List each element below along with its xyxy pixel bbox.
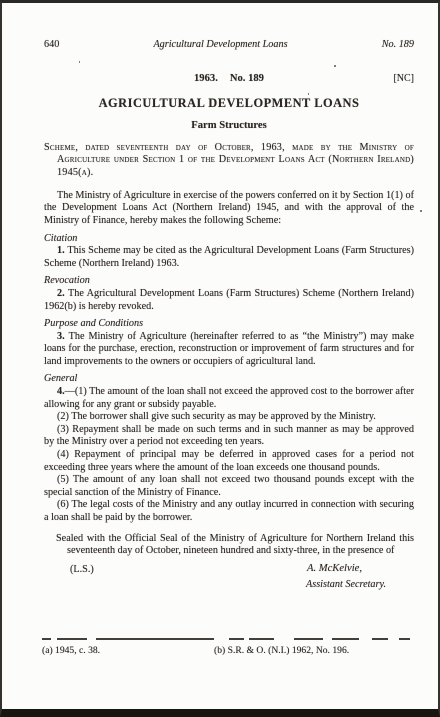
scan-speck bbox=[420, 210, 422, 212]
seal-locus-mark: (L.S.) bbox=[70, 564, 94, 577]
footnote-b: (b) S.R. & O. (N.I.) 1962, No. 196. bbox=[214, 645, 416, 658]
section-heading-purpose: Purpose and Conditions bbox=[44, 318, 414, 331]
section-heading-citation: Citation bbox=[44, 233, 414, 246]
paragraph-text: (3) Repayment shall be made on such term… bbox=[44, 424, 414, 448]
paragraph-4-3: (3) Repayment shall be made on such term… bbox=[44, 424, 414, 449]
running-title: Agricultural Development Loans bbox=[153, 39, 287, 52]
paragraph-text: The Ministry of Agriculture (hereinafter… bbox=[44, 331, 414, 367]
paragraph-text: (2) The borrower shall give such securit… bbox=[57, 411, 376, 422]
footnote-separator-rule bbox=[42, 637, 416, 640]
signatory-title: Assistant Secretary. bbox=[44, 579, 414, 592]
footnote-a: (a) 1945, c. 38. bbox=[42, 645, 214, 658]
footnote-area: (a) 1945, c. 38. (b) S.R. & O. (N.I.) 19… bbox=[42, 637, 416, 658]
enacting-paragraph: The Ministry of Agriculture in exercise … bbox=[44, 190, 414, 228]
document-title: AGRICULTURAL DEVELOPMENT LOANS bbox=[44, 96, 414, 111]
paragraph-number: 3. bbox=[57, 331, 69, 342]
scheme-caption: Scheme, dated seventeenth day of October… bbox=[44, 142, 414, 180]
paragraph-text: The Agricultural Development Loans (Farm… bbox=[44, 288, 414, 312]
running-header: 640 Agricultural Development Loans No. 1… bbox=[44, 39, 414, 52]
paragraph-number: 1. bbox=[57, 245, 67, 256]
scan-speck bbox=[79, 61, 80, 63]
paragraph-4-6: (6) The legal costs of the Ministry and … bbox=[44, 499, 414, 524]
paragraph-number: 4. bbox=[57, 386, 65, 397]
paragraph-text: (5) The amount of any loan shall not exc… bbox=[44, 474, 414, 498]
issue-number: No. 189 bbox=[382, 39, 414, 52]
document-page: 640 Agricultural Development Loans No. 1… bbox=[0, 0, 440, 717]
paragraph-2: 2. The Agricultural Development Loans (F… bbox=[44, 288, 414, 313]
signature-block: (L.S.) A. McKelvie, Assistant Secretary. bbox=[44, 563, 414, 592]
signatory-name: A. McKelvie, bbox=[44, 563, 414, 576]
paragraph-4-5: (5) The amount of any loan shall not exc… bbox=[44, 474, 414, 499]
scan-speck bbox=[308, 93, 309, 95]
instrument-number: No. 189 bbox=[230, 73, 264, 84]
year-number-line: 1963.No. 189 [NC] bbox=[44, 73, 414, 86]
corner-mark: [NC] bbox=[393, 73, 414, 86]
page-number: 640 bbox=[44, 39, 59, 52]
document-subtitle: Farm Structures bbox=[44, 120, 414, 133]
paragraph-text: This Scheme may be cited as the Agricult… bbox=[44, 245, 414, 269]
paragraph-text: (4) Repayment of principal may be deferr… bbox=[44, 449, 414, 473]
paragraph-3: 3. The Ministry of Agriculture (hereinaf… bbox=[44, 331, 414, 369]
paragraph-number: 2. bbox=[57, 288, 68, 299]
paragraph-1: 1. This Scheme may be cited as the Agric… bbox=[44, 245, 414, 270]
paragraph-text: —(1) The amount of the loan shall not ex… bbox=[44, 386, 414, 410]
year-label: 1963. bbox=[194, 73, 218, 84]
sealing-clause: Sealed with the Official Seal of the Min… bbox=[44, 533, 414, 558]
paragraph-4-1: 4.—(1) The amount of the loan shall not … bbox=[44, 386, 414, 411]
section-heading-revocation: Revocation bbox=[44, 275, 414, 288]
paragraph-text: (6) The legal costs of the Ministry and … bbox=[44, 499, 414, 523]
paragraph-4-2: (2) The borrower shall give such securit… bbox=[44, 411, 414, 424]
scan-speck bbox=[334, 65, 336, 67]
footnote-row: (a) 1945, c. 38. (b) S.R. & O. (N.I.) 19… bbox=[42, 645, 416, 658]
paragraph-4-4: (4) Repayment of principal may be deferr… bbox=[44, 449, 414, 474]
section-heading-general: General bbox=[44, 373, 414, 386]
